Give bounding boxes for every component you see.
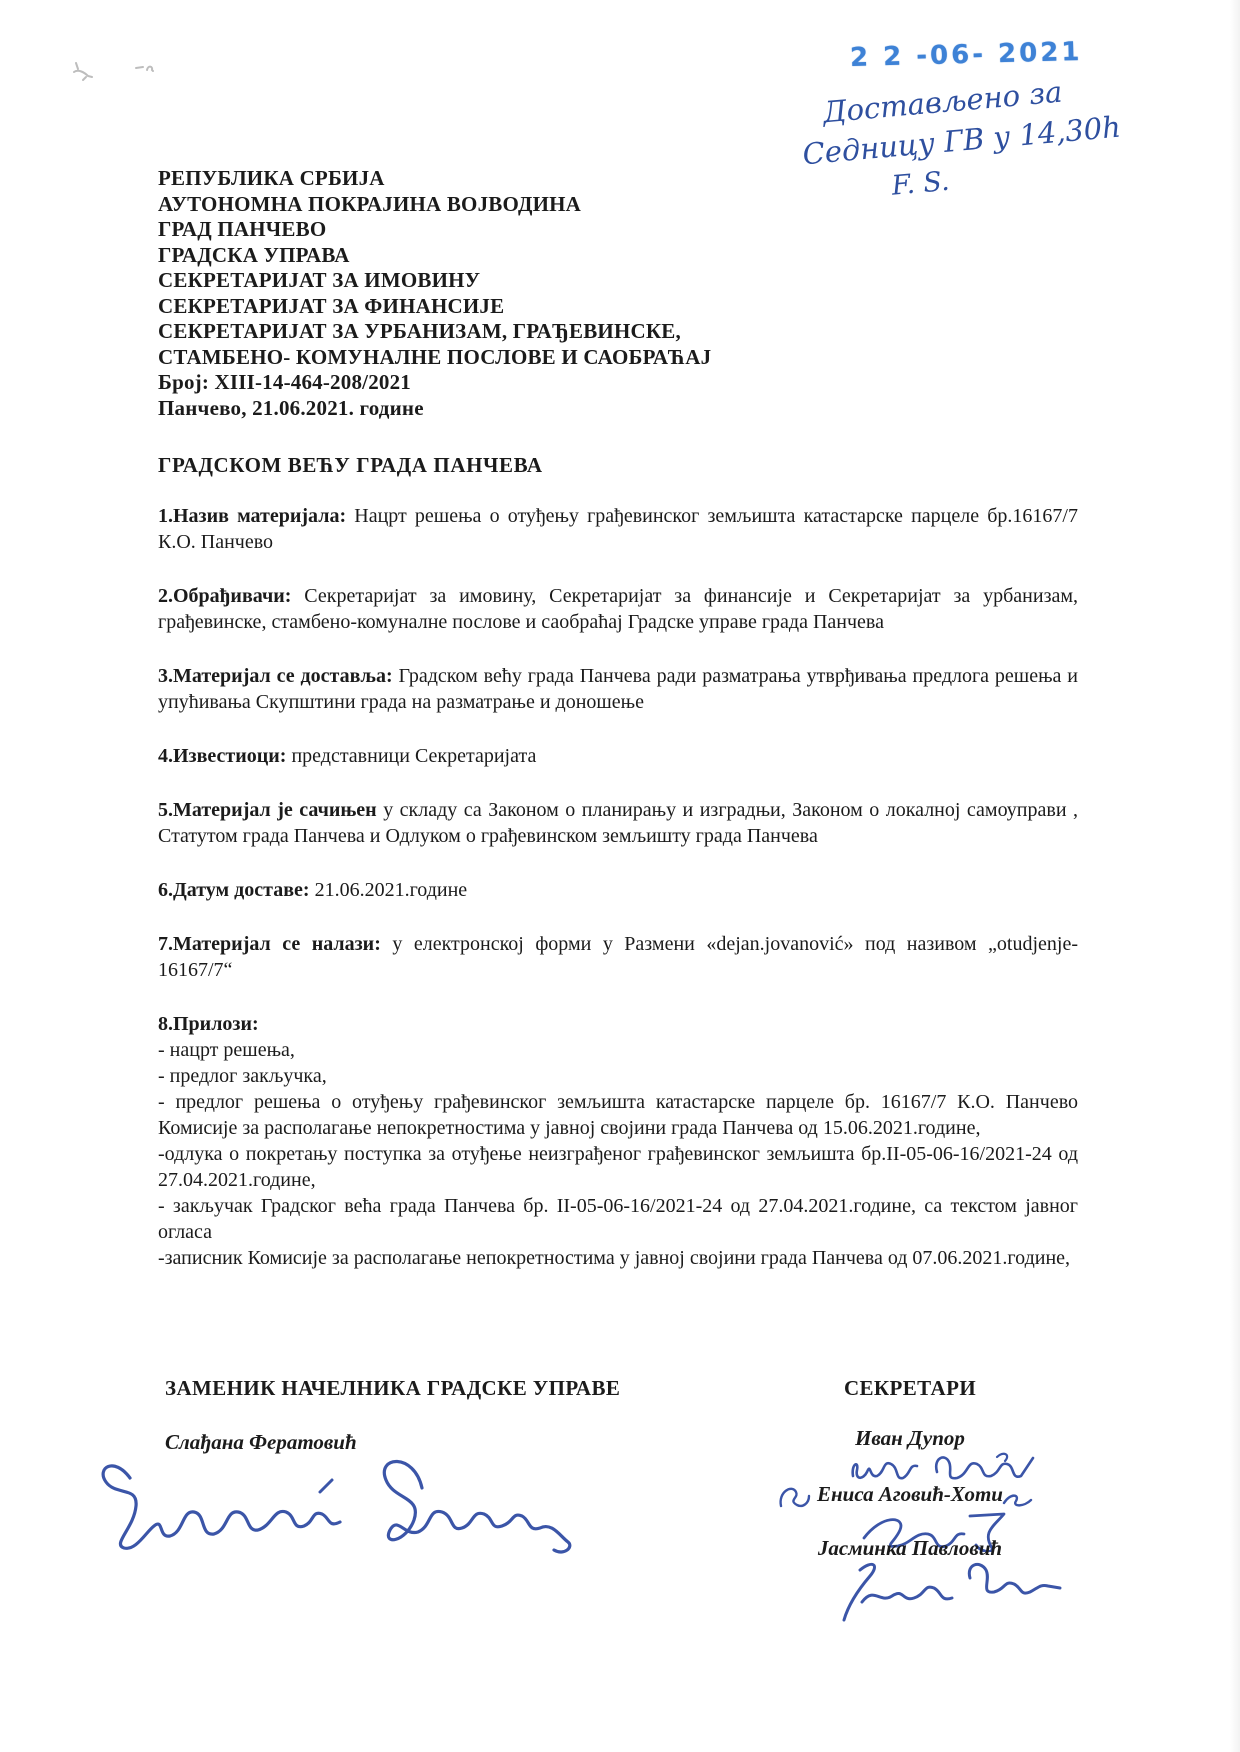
letterhead-line-secretariat-urbanism2: СТАМБЕНО- КОМУНАЛНЕ ПОСЛОВЕ И САОБРАЋАЈ: [158, 345, 711, 371]
section-delivery-date: 6.Датум доставе: 21.06.2021.године: [158, 877, 1078, 903]
section-text: представници Секретаријата: [291, 745, 536, 767]
section-legal-basis: 5.Материјал је сачињен у складу са Закон…: [158, 797, 1078, 849]
place-and-date: Панчево, 21.06.2021. године: [158, 396, 711, 422]
addressee-heading: ГРАДСКОМ ВЕЋУ ГРАДА ПАНЧЕВА: [158, 453, 543, 478]
feratovic-signature: [92, 1446, 578, 1564]
date-stamp: 2 2 -06- 2021: [850, 37, 1083, 73]
section-label: 4.Известиоци:: [158, 745, 286, 767]
scan-artifact: [70, 60, 96, 82]
scan-artifact: [134, 62, 158, 74]
letterhead-line-secretariat-property: СЕКРЕТАРИЈАТ ЗА ИМОВИНУ: [158, 268, 711, 294]
letterhead-line-admin: ГРАДСКА УПРАВА: [158, 243, 711, 269]
section-text: 21.06.2021.године: [315, 879, 468, 901]
letterhead-line-secretariat-finance: СЕКРЕТАРИЈАТ ЗА ФИНАНСИЈЕ: [158, 294, 711, 320]
handwritten-note: Достављено за Седницу ГВ у 14,30h F. S.: [797, 66, 1136, 214]
section-label: 1.Назив материјала:: [158, 505, 346, 527]
letterhead-line-republic: РЕПУБЛИКА СРБИЈА: [158, 166, 711, 192]
document-number: Број: XIII-14-464-208/2021: [158, 370, 711, 396]
attachment-item: - предлог решења о отуђењу грађевинског …: [158, 1089, 1078, 1141]
section-label: 6.Датум доставе:: [158, 879, 310, 901]
pavlovic-signature: [818, 1556, 1064, 1622]
attachment-item: -записник Комисије за располагање непокр…: [158, 1245, 1078, 1271]
attachment-item: - нацрт решења,: [158, 1037, 1078, 1063]
section-material-title: 1.Назив материјала: Нацрт решења о отуђе…: [158, 503, 1078, 555]
section-processors: 2.Обрађивачи: Секретаријат за имовину, С…: [158, 583, 1078, 635]
letterhead: РЕПУБЛИКА СРБИЈА АУТОНОМНА ПОКРАЈИНА ВОЈ…: [158, 166, 711, 421]
section-label: 2.Обрађивачи:: [158, 585, 291, 607]
section-text: Секретаријат за имовину, Секретаријат за…: [158, 585, 1078, 633]
left-signatory-title: ЗАМЕНИК НАЧЕЛНИКА ГРАДСКЕ УПРАВЕ: [165, 1376, 620, 1401]
section-label: 7.Материјал се налази:: [158, 933, 381, 955]
document-page: 2 2 -06- 2021 Достављено за Седницу ГВ у…: [0, 0, 1240, 1752]
letterhead-line-province: АУТОНОМНА ПОКРАЈИНА ВОЈВОДИНА: [158, 192, 711, 218]
letterhead-line-city: ГРАД ПАНЧЕВО: [158, 217, 711, 243]
section-attachments: 8.Прилози:: [158, 1011, 1078, 1037]
section-label: 5.Материјал је сачињен: [158, 799, 377, 821]
letterhead-line-secretariat-urbanism: СЕКРЕТАРИЈАТ ЗА УРБАНИЗАМ, ГРАЂЕВИНСКЕ,: [158, 319, 711, 345]
attachment-item: - закључак Градског већа града Панчева б…: [158, 1193, 1078, 1245]
attachment-item: - предлог закључка,: [158, 1063, 1078, 1089]
section-label: 3.Материјал се доставља:: [158, 665, 393, 687]
section-material-location: 7.Материјал се налази: у електронској фо…: [158, 931, 1078, 983]
attachment-item: -одлука о покретању поступка за отуђење …: [158, 1141, 1078, 1193]
section-delivered-to: 3.Материјал се доставља: Градском већу г…: [158, 663, 1078, 715]
section-label: 8.Прилози:: [158, 1013, 259, 1035]
section-rapporteurs: 4.Известиоци: представници Секретаријата: [158, 743, 1078, 769]
document-body: 1.Назив материјала: Нацрт решења о отуђе…: [158, 503, 1078, 1271]
right-signatory-title: СЕКРЕТАРИ: [750, 1376, 1070, 1401]
scan-edge-shadow: [1230, 0, 1240, 1752]
